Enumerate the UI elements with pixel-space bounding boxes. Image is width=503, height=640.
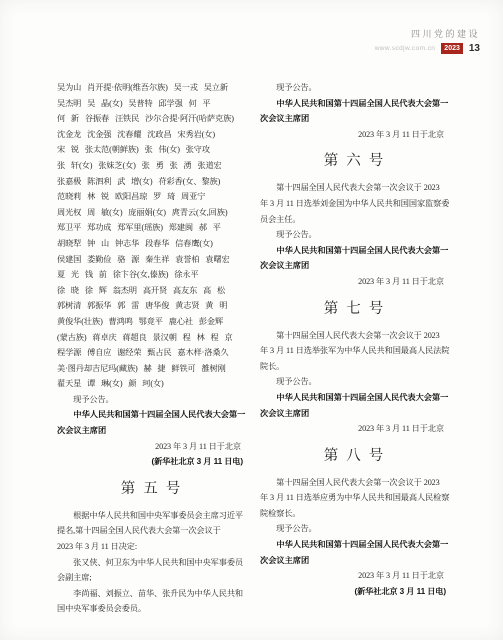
date-line: 2023 年 3 月 11 日于北京: [260, 127, 447, 143]
date-line: 2023 年 3 月 11 日于北京: [260, 274, 447, 290]
date-line: 2023 年 3 月 11 日于北京: [260, 568, 447, 584]
right-column: 现予公告。 中华人民共和国第十四届全国人民代表大会第一 次会议主席团 2023 …: [260, 80, 447, 617]
notice-6-title: 第六号: [260, 151, 447, 171]
page-number: 13: [469, 43, 480, 54]
magazine-website: www.scdjw.com.cn: [375, 45, 436, 52]
notice-7-body: 第十四届全国人民代表大会第一次会议于 2023 年 3 月 11 日选举张军为中…: [260, 328, 447, 390]
closing-statement: 现予公告。: [57, 392, 244, 408]
presidium-signature: 中华人民共和国第十四届全国人民代表大会第一 次会议主席团: [57, 407, 244, 438]
page-header: 四川党的建设 www.scdjw.com.cn 2023 13: [375, 27, 480, 54]
year-badge: 2023: [441, 43, 463, 54]
notice-5-title: 第五号: [57, 479, 244, 499]
notice-6-body: 第十四届全国人民代表大会第一次会议于 2023 年 3 月 11 日选举刘金国为…: [260, 180, 447, 242]
xinhua-credit: (新华社北京 3 月 11 日电): [57, 454, 244, 470]
notice-8-body: 第十四届全国人民代表大会第一次会议于 2023 年 3 月 11 日选举应勇为中…: [260, 475, 447, 537]
magazine-page: 四川党的建设 www.scdjw.com.cn 2023 13 吴为山 肖开提·…: [0, 0, 503, 640]
xinhua-credit: (新华社北京 3 月 11 日电): [260, 584, 447, 600]
left-column: 吴为山 肖开提·依明(维吾尔族) 吴一戎 吴立新 吴杰明 吴 晶(女) 吴普特 …: [57, 80, 244, 617]
presidium-signature: 中华人民共和国第十四届全国人民代表大会第一 次会议主席团: [260, 390, 447, 421]
two-column-text-area: 吴为山 肖开提·依明(维吾尔族) 吴一戎 吴立新 吴杰明 吴 晶(女) 吴普特 …: [57, 80, 447, 617]
notice-8-title: 第八号: [260, 446, 447, 466]
closing-statement: 现予公告。: [260, 80, 447, 96]
date-line: 2023 年 3 月 11 日于北京: [57, 439, 244, 455]
notice-7-title: 第七号: [260, 299, 447, 319]
presidium-signature: 中华人民共和国第十四届全国人民代表大会第一 次会议主席团: [260, 243, 447, 274]
date-line: 2023 年 3 月 11 日于北京: [260, 421, 447, 437]
presidium-signature: 中华人民共和国第十四届全国人民代表大会第一 次会议主席团: [260, 96, 447, 127]
presidium-signature: 中华人民共和国第十四届全国人民代表大会第一 次会议主席团: [260, 537, 447, 568]
header-meta-line: www.scdjw.com.cn 2023 13: [375, 43, 480, 54]
npc-member-name-list: 吴为山 肖开提·依明(维吾尔族) 吴一戎 吴立新 吴杰明 吴 晶(女) 吴普特 …: [57, 80, 244, 392]
notice-5-body: 根据中华人民共和国中央军事委员会主席习近平 提名,第十四届全国人民代表大会第一次…: [57, 508, 244, 617]
magazine-title: 四川党的建设: [375, 27, 480, 40]
